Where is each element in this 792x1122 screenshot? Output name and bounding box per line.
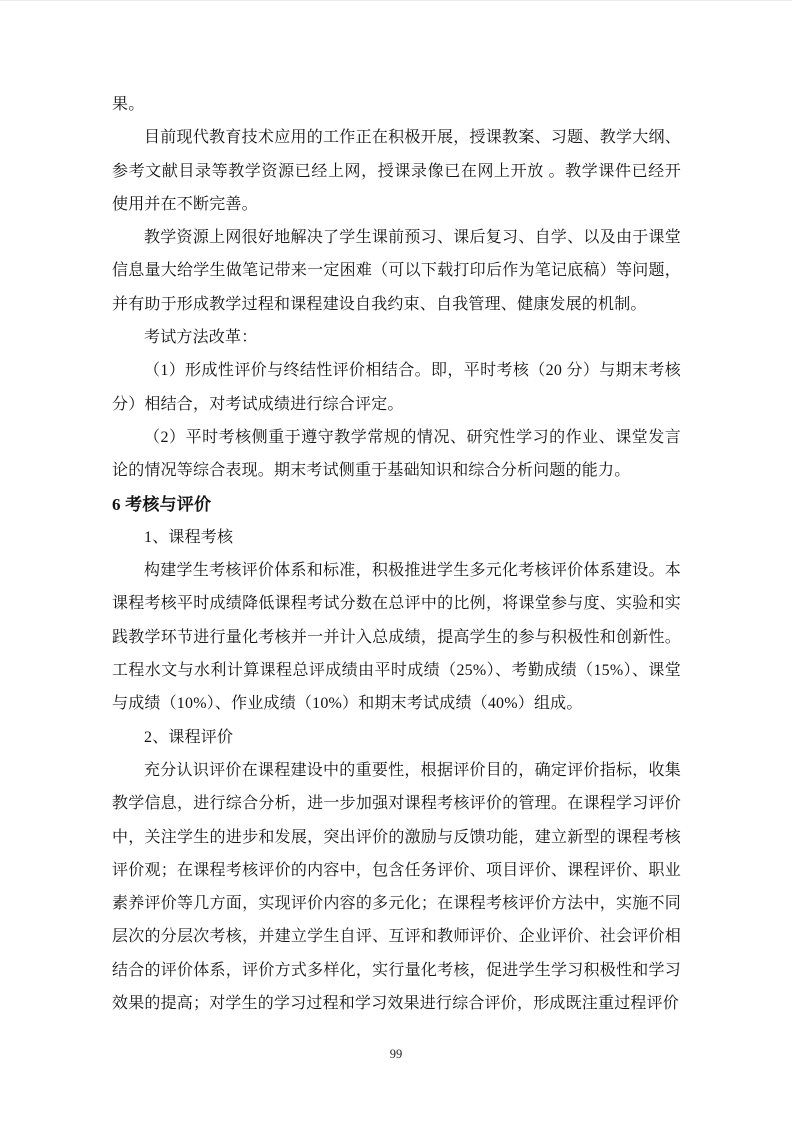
text-line: 充分认识评价在课程建设中的重要性，根据评价目的，确定评价指标，收集 — [112, 754, 681, 787]
text-line: 层次的分层次考核，并建立学生自评、互评和教师评价、企业评价、社会评价相 — [112, 920, 681, 953]
text-line: 效果的提高；对学生的学习过程和学习效果进行综合评价，形成既注重过程评价 — [112, 987, 681, 1020]
text-line: （2）平时考核侧重于遵守教学常规的情况、研究性学习的作业、课堂发言讨 — [112, 421, 681, 454]
text-line: 教学资源上网很好地解决了学生课前预习、课后复习、自学、以及由于课堂 — [112, 221, 681, 254]
paragraph: （1）形成性评价与终结性评价相结合。即，平时考核（20 分）与期末考核（80分）… — [112, 354, 681, 421]
text-line: 信息量大给学生做笔记带来一定困难（可以下载打印后作为笔记底稿）等问题， — [112, 254, 681, 287]
text-line: 果。 — [112, 88, 681, 121]
paragraph: （2）平时考核侧重于遵守教学常规的情况、研究性学习的作业、课堂发言讨论的情况等综… — [112, 421, 681, 488]
paragraph: 目前现代教育技术应用的工作正在积极开展，授课教案、习题、教学大纲、参考文献目录等… — [112, 121, 681, 221]
text-line: （1）形成性评价与终结性评价相结合。即，平时考核（20 分）与期末考核（80 — [112, 354, 681, 387]
text-line: 考试方法改革： — [112, 321, 681, 354]
paragraph: 构建学生考核评价体系和标准，积极推进学生多元化考核评价体系建设。本课程考核平时成… — [112, 554, 681, 720]
text-line: 与成绩（10%）、作业成绩（10%）和期末考试成绩（40%）组成。 — [112, 687, 681, 720]
document-body: 果。目前现代教育技术应用的工作正在积极开展，授课教案、习题、教学大纲、参考文献目… — [112, 88, 681, 1020]
text-line: 论的情况等综合表现。期末考试侧重于基础知识和综合分析问题的能力。 — [112, 454, 681, 487]
text-line: 教学信息，进行综合分析，进一步加强对课程考核评价的管理。在课程学习评价 — [112, 787, 681, 820]
text-line: 中，关注学生的进步和发展，突出评价的激励与反馈功能，建立新型的课程考核 — [112, 821, 681, 854]
paragraph: 充分认识评价在课程建设中的重要性，根据评价目的，确定评价指标，收集教学信息，进行… — [112, 754, 681, 1020]
text-line: 1、课程考核 — [112, 521, 681, 554]
text-line: 6 考核与评价 — [112, 488, 681, 521]
section-heading: 6 考核与评价 — [112, 488, 681, 521]
text-line: 目前现代教育技术应用的工作正在积极开展，授课教案、习题、教学大纲、 — [112, 121, 681, 154]
page-footer: 99 — [0, 1047, 792, 1062]
paragraph: 果。 — [112, 88, 681, 121]
text-line: 课程考核平时成绩降低课程考试分数在总评中的比例，将课堂参与度、实验和实 — [112, 587, 681, 620]
text-line: 分）相结合，对考试成绩进行综合评定。 — [112, 388, 681, 421]
text-line: 践教学环节进行量化考核并一并计入总成绩，提高学生的参与积极性和创新性。 — [112, 621, 681, 654]
page-number: 99 — [390, 1047, 403, 1061]
text-line: 2、课程评价 — [112, 721, 681, 754]
text-line: 评价观；在课程考核评价的内容中，包含任务评价、项目评价、课程评价、职业 — [112, 854, 681, 887]
paragraph: 2、课程评价 — [112, 721, 681, 754]
paragraph: 1、课程考核 — [112, 521, 681, 554]
text-line: 结合的评价体系，评价方式多样化，实行量化考核，促进学生学习积极性和学习 — [112, 954, 681, 987]
text-line: 参考文献目录等教学资源已经上网，授课录像已在网上开放 。教学课件已经开始 — [112, 155, 681, 188]
paragraph: 教学资源上网很好地解决了学生课前预习、课后复习、自学、以及由于课堂信息量大给学生… — [112, 221, 681, 321]
text-line: 工程水文与水利计算课程总评成绩由平时成绩（25%）、考勤成绩（15%）、课堂参 — [112, 654, 681, 687]
text-line: 并有助于形成教学过程和课程建设自我约束、自我管理、健康发展的机制。 — [112, 288, 681, 321]
document-page: 果。目前现代教育技术应用的工作正在积极开展，授课教案、习题、教学大纲、参考文献目… — [0, 0, 792, 1122]
text-line: 构建学生考核评价体系和标准，积极推进学生多元化考核评价体系建设。本 — [112, 554, 681, 587]
text-line: 素养评价等几方面，实现评价内容的多元化；在课程考核评价方法中，实施不同 — [112, 887, 681, 920]
paragraph: 考试方法改革： — [112, 321, 681, 354]
text-line: 使用并在不断完善。 — [112, 188, 681, 221]
